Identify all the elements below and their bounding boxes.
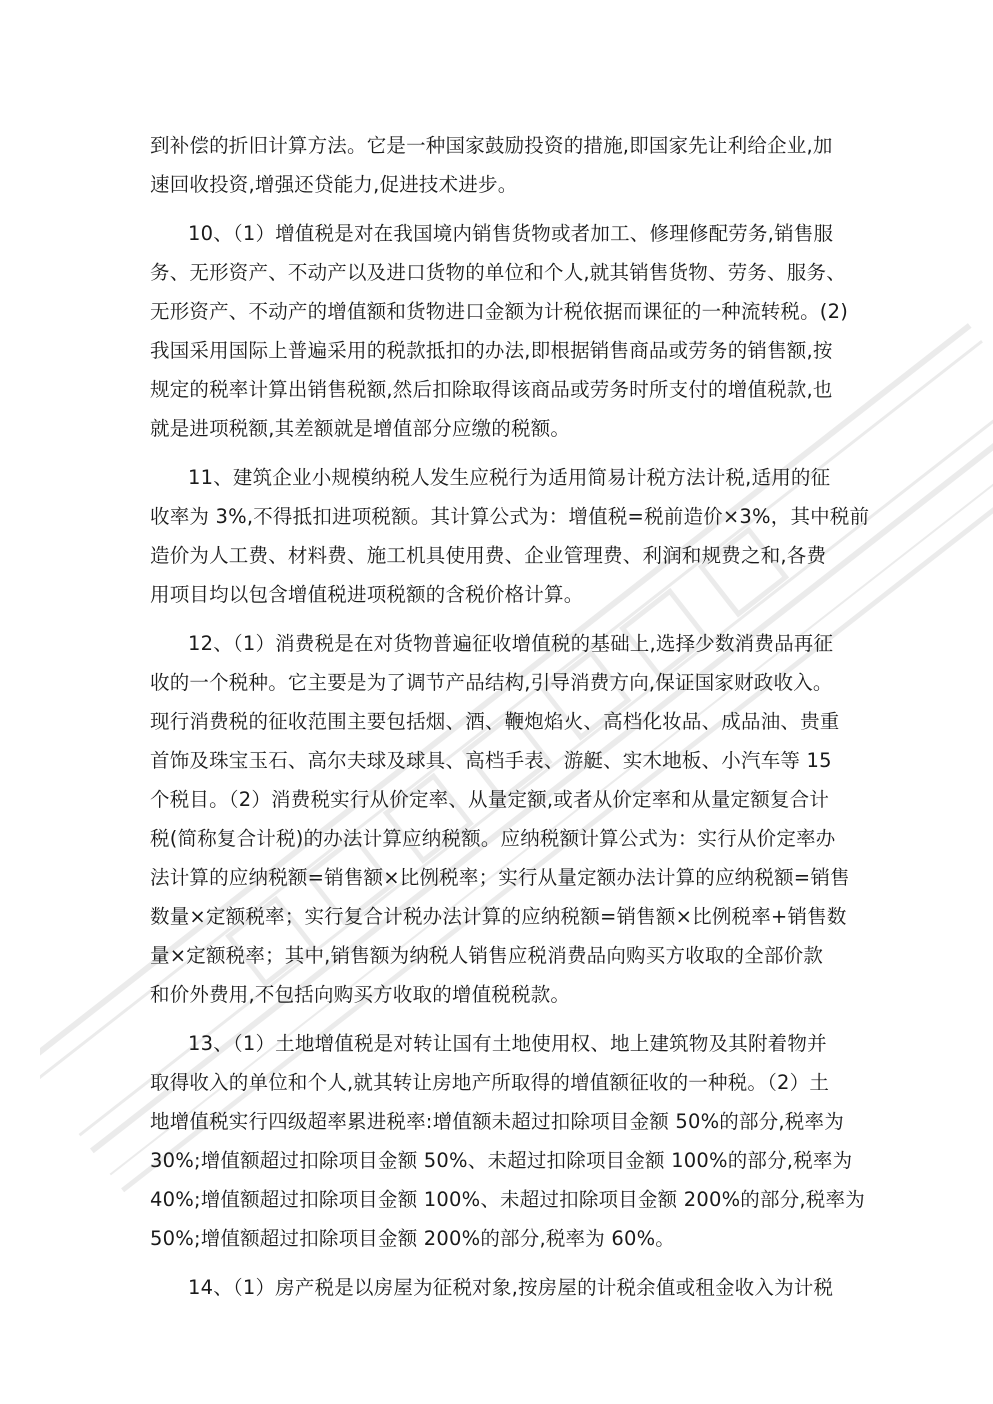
paragraph-q12: 12、（1）消费税是在对货物普遍征收增值税的基础上,选择少数消费品再征 收的一个…: [150, 624, 844, 1014]
text-line: 取得收入的单位和个人,就其转让房地产所取得的增值额征收的一种税。（2）土: [150, 1063, 844, 1102]
text-line: 我国采用国际上普遍采用的税款抵扣的办法,即根据销售商品或劳务的销售额,按: [150, 331, 844, 370]
paragraph-q13: 13、（1）土地增值税是对转让国有土地使用权、地上建筑物及其附着物并 取得收入的…: [150, 1024, 844, 1258]
text-line: 税(简称复合计税)的办法计算应纳税额。应纳税额计算公式为：实行从价定率办: [150, 819, 844, 858]
paragraph-q10: 10、（1）增值税是对在我国境内销售货物或者加工、修理修配劳务,销售服 务、无形…: [150, 214, 844, 448]
text-line: 量×定额税率；其中,销售额为纳税人销售应税消费品向购买方收取的全部价款: [150, 936, 844, 975]
text-line: 和价外费用,不包括向购买方收取的增值税税款。: [150, 975, 844, 1014]
text-line: 规定的税率计算出销售税额,然后扣除取得该商品或劳务时所支付的增值税款,也: [150, 370, 844, 409]
text-line: 数量×定额税率；实行复合计税办法计算的应纳税额=销售额×比例税率+销售数: [150, 897, 844, 936]
text-line: 地增值税实行四级超率累进税率:增值额未超过扣除项目金额 50%的部分,税率为: [150, 1102, 844, 1141]
text-line: 收的一个税种。它主要是为了调节产品结构,引导消费方向,保证国家财政收入。: [150, 663, 844, 702]
text-line: 首饰及珠宝玉石、高尔夫球及球具、高档手表、游艇、实木地板、小汽车等 15: [150, 741, 844, 780]
text-line: 14、（1）房产税是以房屋为征税对象,按房屋的计税余值或租金收入为计税: [150, 1268, 844, 1307]
text-line: 个税目。（2）消费税实行从价定率、从量定额,或者从价定率和从量定额复合计: [150, 780, 844, 819]
text-line: 用项目均以包含增值税进项税额的含税价格计算。: [150, 575, 844, 614]
text-line: 10、（1）增值税是对在我国境内销售货物或者加工、修理修配劳务,销售服: [150, 214, 844, 253]
text-line: 11、建筑企业小规模纳税人发生应税行为适用简易计税方法计税,适用的征: [150, 458, 844, 497]
text-line: 现行消费税的征收范围主要包括烟、酒、鞭炮焰火、高档化妆品、成品油、贵重: [150, 702, 844, 741]
paragraph-continuation: 到补偿的折旧计算方法。它是一种国家鼓励投资的措施,即国家先让利给企业,加 速回收…: [150, 126, 844, 204]
text-line: 30%;增值额超过扣除项目金额 50%、未超过扣除项目金额 100%的部分,税率…: [150, 1141, 844, 1180]
text-line: 13、（1）土地增值税是对转让国有土地使用权、地上建筑物及其附着物并: [150, 1024, 844, 1063]
text-line: 务、无形资产、不动产以及进口货物的单位和个人,就其销售货物、劳务、服务、: [150, 253, 844, 292]
paragraph-q11: 11、建筑企业小规模纳税人发生应税行为适用简易计税方法计税,适用的征 收率为 3…: [150, 458, 844, 614]
text-line: 50%;增值额超过扣除项目金额 200%的部分,税率为 60%。: [150, 1219, 844, 1258]
text-line: 收率为 3%,不得抵扣进项税额。其计算公式为：增值税=税前造价×3%，其中税前: [150, 497, 844, 536]
text-line: 速回收投资,增强还贷能力,促进技术进步。: [150, 165, 844, 204]
text-line: 造价为人工费、材料费、施工机具使用费、企业管理费、利润和规费之和,各费: [150, 536, 844, 575]
text-line: 无形资产、不动产的增值额和货物进口金额为计税依据而课征的一种流转税。(2): [150, 292, 844, 331]
text-line: 12、（1）消费税是在对货物普遍征收增值税的基础上,选择少数消费品再征: [150, 624, 844, 663]
text-line: 法计算的应纳税额=销售额×比例税率；实行从量定额办法计算的应纳税额=销售: [150, 858, 844, 897]
paragraph-q14: 14、（1）房产税是以房屋为征税对象,按房屋的计税余值或租金收入为计税: [150, 1268, 844, 1307]
text-line: 40%;增值额超过扣除项目金额 100%、未超过扣除项目金额 200%的部分,税…: [150, 1180, 844, 1219]
text-line: 就是进项税额,其差额就是增值部分应缴的税额。: [150, 409, 844, 448]
document-page: 到补偿的折旧计算方法。它是一种国家鼓励投资的措施,即国家先让利给企业,加 速回收…: [0, 0, 993, 1404]
document-body: 到补偿的折旧计算方法。它是一种国家鼓励投资的措施,即国家先让利给企业,加 速回收…: [150, 126, 844, 1307]
text-line: 到补偿的折旧计算方法。它是一种国家鼓励投资的措施,即国家先让利给企业,加: [150, 126, 844, 165]
